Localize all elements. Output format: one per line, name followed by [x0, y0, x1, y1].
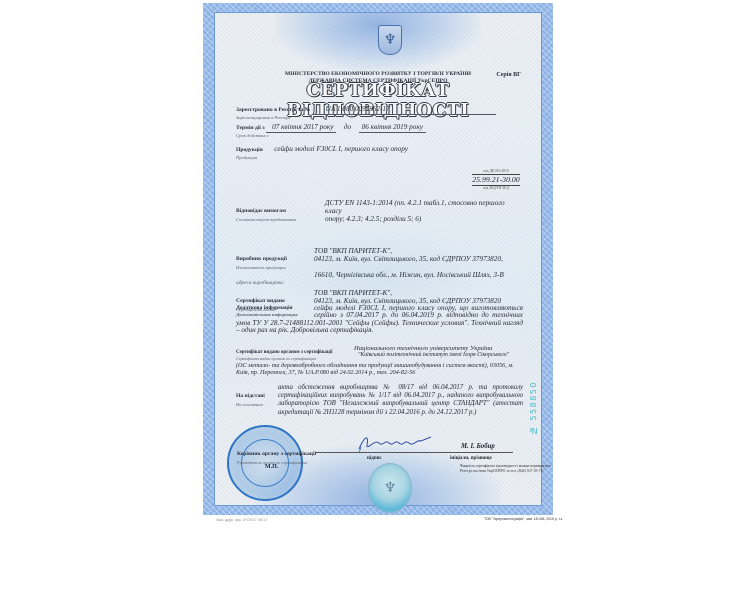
serial-number: № 558850 [529, 381, 538, 435]
head-label-block: Керівник органу з сертифікації Руководит… [237, 442, 316, 466]
product-label-ru: Продукция [236, 155, 523, 161]
registered-row: Зареєстровано в Реєстрі за № UA 1.080.00… [236, 106, 523, 121]
issued-to-name: ТОВ "ВКП ПАРИТЕТ-К", [314, 289, 523, 297]
registered-label: Зареєстровано в Реєстрі за № [236, 107, 310, 113]
validity-label: Термін дії з [236, 125, 265, 131]
production-address-label: адреса виробництва: [236, 280, 285, 286]
validity-to-word: до [344, 123, 351, 131]
signature-caption: підпис [367, 456, 382, 461]
print-footer-right: ТОВ "Укрпромполіграфія", зам. 18-048, 20… [484, 517, 563, 521]
signature-mark [355, 433, 435, 453]
print-footer-left: Зам. друк. арк. 07/2017 08/17 [216, 518, 267, 522]
issuing-body-details: (ОС металo- та деревообробного обладнанн… [236, 362, 523, 376]
requirements-line-1: ДСТУ EN 1143-1:2014 (пп. 4.2.1 табл.1, с… [325, 199, 523, 215]
name-caption: ініціали, прізвище [450, 456, 492, 461]
basis-block: На підставі На основании акта обстеження… [236, 384, 523, 417]
head-label: Керівник органу з сертифікації [237, 451, 316, 457]
classifier-code-block: код ДК 016:2010 25.99.21-30.00 код ЗЕД/Т… [472, 169, 520, 191]
validity-row: Термін дії з 07 квітня 2017 року до 06 к… [236, 124, 523, 139]
additional-info-text-rest: умов ТУ У 28.7-21488112.001-2001 "Сейфы … [236, 319, 523, 334]
classifier-bottom-label: код ЗЕД/ТН ЗЕД [472, 186, 520, 191]
issuing-body-line-2: "Київський політехнічний інститут імені … [354, 352, 523, 359]
product-value: сейфи моделі F30CL I, першого класу опор… [274, 145, 408, 153]
manufacturer-address: 04123, м. Київ, вул. Світлицького, 35, к… [314, 255, 523, 263]
signature-line [315, 452, 513, 453]
product-label: Продукція [236, 147, 263, 153]
requirements-line-2: опору; 4.2.3; 4.2.5; розділи 5; 6) [325, 215, 523, 223]
additional-info-text-first: сейфи моделі F30CL I, першого класу опор… [314, 304, 523, 319]
trident-coat-of-arms-icon: ♆ [378, 25, 402, 55]
requirements-block: Відповідає вимогам Соответствует требова… [236, 199, 523, 223]
head-name: М. І. Бобир [461, 443, 495, 450]
requirements-label: Відповідає вимогам [236, 208, 286, 214]
validity-from: 07 квітня 2017 року [266, 124, 336, 133]
certificate-body: ♆ МІНІСТЕРСТВО ЕКОНОМІЧНОГО РОЗВИТКУ І Т… [214, 12, 542, 506]
registered-number: UA 1.080.0095062-17 [312, 106, 496, 115]
issuing-body-label: Сертифікат видано органом з сертифікації [236, 350, 333, 355]
additional-info-label: Додаткова інформація Дополнительная инфо… [236, 305, 314, 318]
series-label: Серія ВГ [496, 72, 521, 78]
verification-note: Чинність сертифіката відповідності можна… [460, 464, 552, 473]
ministry-line-1: МІНІСТЕРСТВО ЕКОНОМІЧНОГО РОЗВИТКУ І ТОР… [215, 71, 541, 78]
basis-text: акта обстеження виробництва № 08/17 від … [278, 384, 523, 417]
stamp-place-label: М.П. [265, 464, 278, 470]
manufacturer-name: ТОВ "ВКП ПАРИТЕТ-К", [314, 247, 523, 255]
hologram-trident-icon: ♆ [368, 463, 412, 513]
basis-label: На підставі [236, 393, 265, 399]
certificate: ♆ МІНІСТЕРСТВО ЕКОНОМІЧНОГО РОЗВИТКУ І Т… [203, 3, 553, 515]
basis-label-ru: На основании [236, 402, 278, 408]
issuing-body-block: Сертифікат видано органом з сертифікації… [236, 345, 523, 376]
registered-label-ru: Зарегистрирован в Реестре [236, 115, 523, 121]
manufacturer-label: Виробник продукції [236, 256, 287, 262]
production-address: 16610, Чернігівська обл., м. Ніжин, вул.… [314, 271, 523, 279]
issued-to-label: Сертифікат видано [236, 298, 285, 304]
classifier-code: 25.99.21-30.00 [472, 174, 520, 186]
additional-info-block: Додаткова інформація Дополнительная инфо… [236, 305, 523, 335]
validity-to: 06 квітня 2019 року [359, 124, 426, 133]
validity-label-ru: Срок действия с [236, 133, 523, 139]
product-row: Продукція сейфи моделі F30CL I, першого … [236, 146, 523, 161]
